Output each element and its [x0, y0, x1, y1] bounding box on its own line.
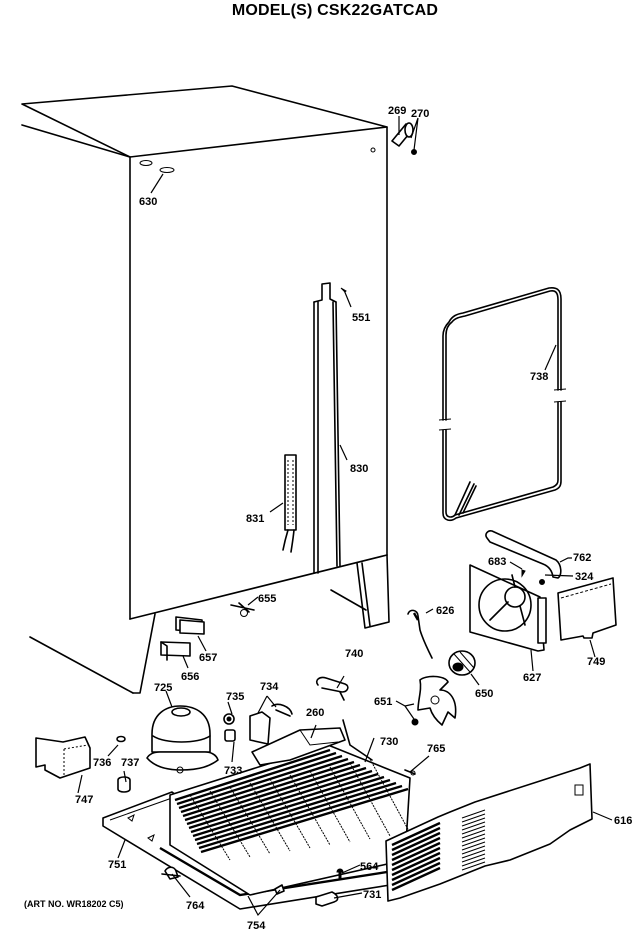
clip-740 — [317, 677, 348, 700]
label-725: 725 — [154, 682, 172, 694]
label-269: 269 — [388, 105, 406, 117]
label-740: 740 — [345, 648, 363, 660]
label-734: 734 — [260, 681, 279, 693]
label-737: 737 — [121, 757, 139, 769]
grommets-735-733 — [224, 714, 235, 741]
label-764: 764 — [186, 900, 205, 912]
mullion-830 — [314, 283, 346, 573]
label-738: 738 — [530, 371, 548, 383]
label-733: 733 — [224, 765, 242, 777]
label-762: 762 — [573, 552, 591, 564]
label-655: 655 — [258, 593, 276, 605]
grille-616 — [386, 764, 592, 901]
label-656: 656 — [181, 671, 199, 683]
label-627: 627 — [523, 672, 541, 684]
label-564: 564 — [360, 861, 379, 873]
terminal-strip-831 — [283, 455, 296, 552]
label-730: 730 — [380, 736, 398, 748]
label-630: 630 — [139, 196, 157, 208]
label-650: 650 — [475, 688, 493, 700]
label-616: 616 — [614, 815, 632, 827]
label-324: 324 — [575, 571, 594, 583]
label-765: 765 — [427, 743, 445, 755]
heater-loop-738 — [439, 288, 566, 521]
art-number: (ART NO. WR18202 C5) — [24, 899, 124, 909]
label-831: 831 — [246, 513, 264, 525]
label-626: 626 — [436, 605, 454, 617]
label-260: 260 — [306, 707, 324, 719]
label-683: 683 — [488, 556, 506, 568]
label-751: 751 — [108, 859, 126, 871]
harness-626 — [408, 610, 432, 658]
label-735: 735 — [226, 691, 244, 703]
label-551: 551 — [352, 312, 370, 324]
label-830: 830 — [350, 463, 368, 475]
hinge-pin-269 — [392, 123, 417, 155]
label-754: 754 — [247, 920, 266, 932]
label-270: 270 — [411, 108, 429, 120]
bracket-747 — [36, 737, 90, 778]
fan-shroud-627 — [470, 565, 546, 651]
label-657: 657 — [199, 652, 217, 664]
label-749: 749 — [587, 656, 605, 668]
fan-blade-651 — [412, 676, 456, 725]
compressor-725 — [147, 706, 218, 773]
label-731: 731 — [363, 889, 381, 901]
label-747: 747 — [75, 794, 93, 806]
cover-749 — [558, 578, 616, 640]
parts-diagram: 269 270 630 551 738 830 831 762 683 324 … — [0, 0, 640, 941]
label-651: 651 — [374, 696, 392, 708]
label-736: 736 — [93, 757, 111, 769]
fan-motor-650 — [449, 651, 475, 675]
